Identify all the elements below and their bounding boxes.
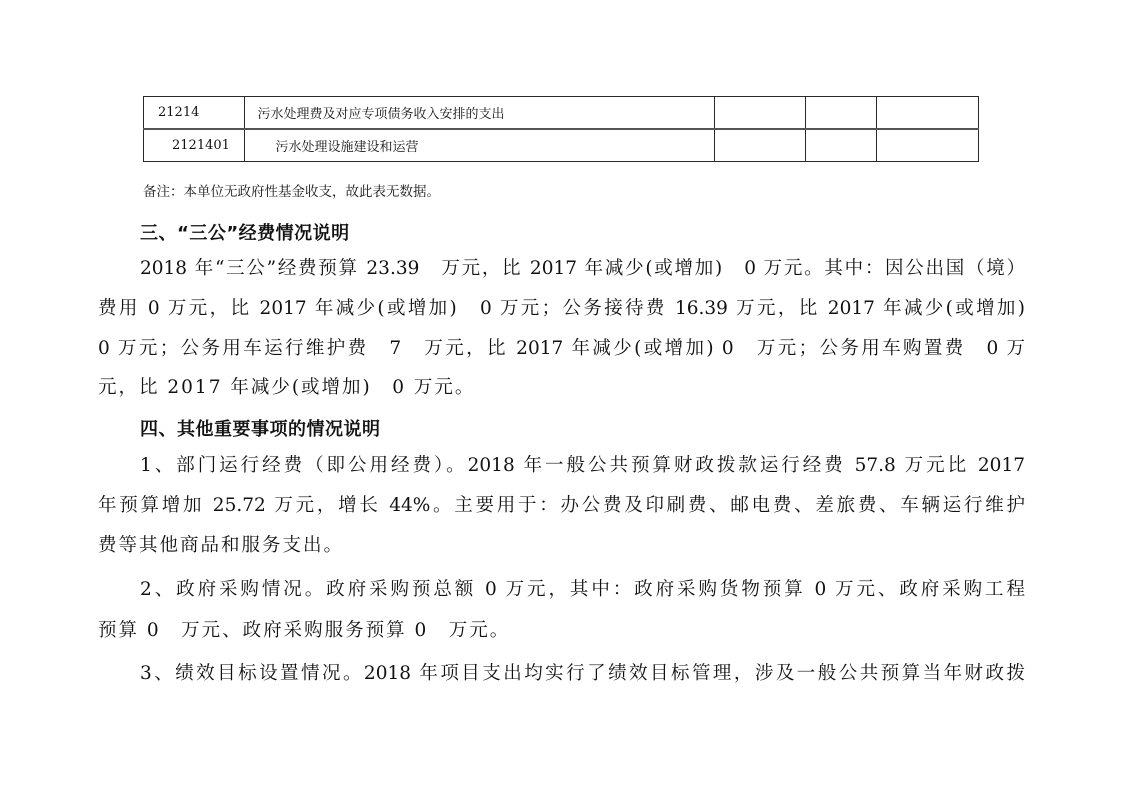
section-heading-other-matters: 四、其他重要事项的情况说明: [140, 415, 381, 441]
paragraph-line: 3、绩效目标设置情况。2018 年项目支出均实行了绩效目标管理，涉及一般公共预算…: [140, 661, 1025, 687]
amount-cell: [806, 129, 877, 162]
paragraph-line: 2018 年“三公”经费预算 23.39 万元，比 2017 年减少(或增加) …: [140, 256, 1025, 282]
amount-cell: [806, 97, 877, 130]
paragraph-line: 0 万元；公务用车运行维护费 7 万元，比 2017 年减少(或增加) 0 万元…: [98, 336, 1025, 362]
amount-cell: [877, 129, 979, 162]
section-heading-three-public-expenses: 三、“三公”经费情况说明: [140, 219, 350, 245]
amount-cell: [714, 129, 805, 162]
amount-cell: [714, 97, 805, 130]
paragraph-line: 2、政府采购情况。政府采购预总额 0 万元，其中：政府采购货物预算 0 万元、政…: [140, 577, 1025, 603]
paragraph-line: 费等其他商品和服务支出。: [98, 533, 1025, 559]
government-fund-table: 21214 污水处理费及对应专项债务收入安排的支出 2121401 污水处理设施…: [143, 96, 979, 162]
subject-name-cell: 污水处理费及对应专项债务收入安排的支出: [245, 97, 714, 130]
subject-code-cell: 2121401: [144, 129, 245, 162]
table-row: 21214 污水处理费及对应专项债务收入安排的支出: [144, 97, 979, 130]
table-row: 2121401 污水处理设施建设和运营: [144, 129, 979, 162]
subject-name-cell: 污水处理设施建设和运营: [245, 129, 714, 162]
paragraph-line: 1、部门运行经费（即公用经费）。2018 年一般公共预算财政拨款运行经费 57.…: [140, 453, 1025, 479]
amount-cell: [877, 97, 979, 130]
paragraph-line: 元，比 2017 年减少(或增加) 0 万元。: [98, 375, 1025, 401]
paragraph-line: 费用 0 万元，比 2017 年减少(或增加) 0 万元；公务接待费 16.39…: [98, 296, 1025, 322]
subject-code-cell: 21214: [144, 97, 245, 130]
paragraph-line: 预算 0 万元、政府采购服务预算 0 万元。: [98, 618, 1025, 644]
table-note: 备注：本单位无政府性基金收支，故此表无数据。: [143, 180, 440, 200]
paragraph-line: 年预算增加 25.72 万元，增长 44%。主要用于：办公费及印刷费、邮电费、差…: [98, 493, 1025, 519]
document-page: 21214 污水处理费及对应专项债务收入安排的支出 2121401 污水处理设施…: [0, 0, 1122, 793]
